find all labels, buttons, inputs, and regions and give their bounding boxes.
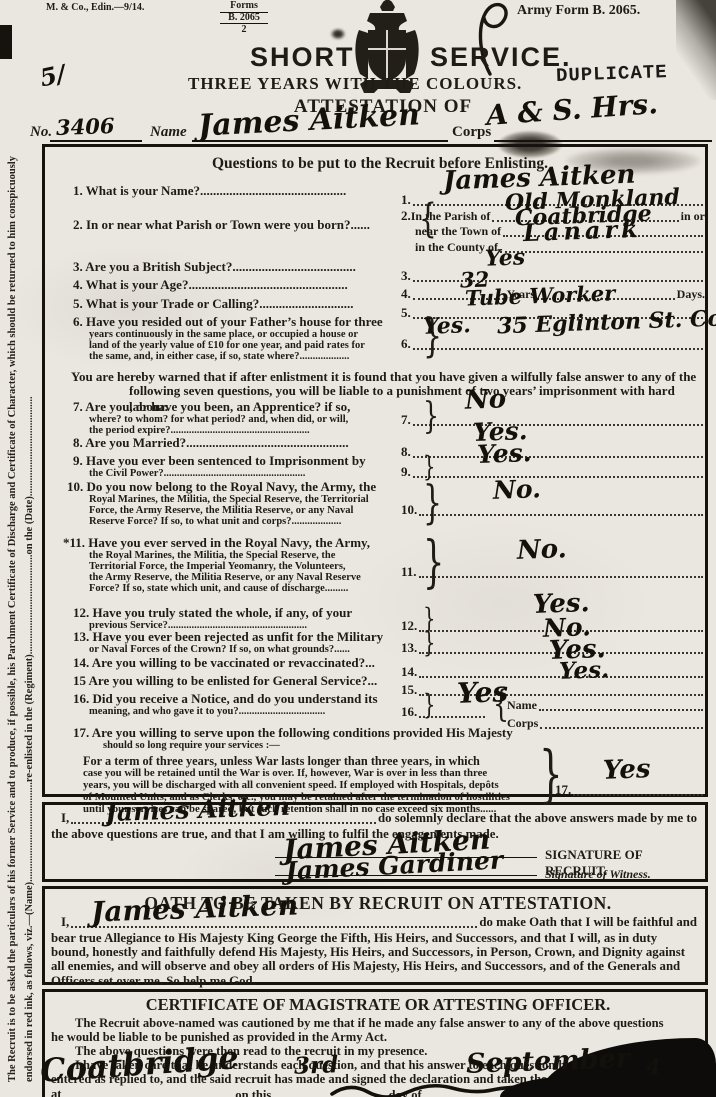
- answer-3: 3.: [401, 269, 705, 282]
- title-short: SHORT: [250, 42, 355, 73]
- question-3: 3. Are you a British Subject?...........…: [73, 261, 433, 274]
- answer-7: 7.: [401, 413, 705, 426]
- witness-signature-label: Signature of Witness.: [545, 867, 651, 882]
- handwritten-answer-9: Yes.: [477, 440, 532, 467]
- question-9: 9. Have you ever been sentenced to Impri…: [73, 455, 425, 479]
- forms-sub: 2: [212, 25, 276, 35]
- oath-body: bear true Allegiance to His Majesty King…: [51, 931, 703, 988]
- handwritten-answer-17: Yes: [603, 756, 651, 784]
- certificate-para1-line1: The Recruit above-named was cautioned by…: [75, 1016, 703, 1031]
- handwritten-oath-name: James Aitken: [91, 891, 299, 926]
- recruit-name: James Aitken: [197, 100, 420, 142]
- question-13-brace: }: [423, 629, 435, 657]
- printer-mark: M. & Co., Edin.—9/14.: [46, 2, 144, 13]
- question-6: 6. Have you resided out of your Father’s…: [73, 316, 425, 362]
- scan-dark-corner-top-right: [676, 0, 716, 100]
- answer-9: 9.: [401, 465, 705, 478]
- margin-note: The Recruit is to be asked the particula…: [4, 22, 38, 1082]
- forms-box: Forms B. 2065 2: [212, 1, 276, 35]
- name-label: Name: [150, 124, 187, 141]
- answer-11: 11.: [401, 565, 705, 578]
- handwritten-county: Lanark: [523, 217, 642, 245]
- question-5: 5. What is your Trade or Calling?.......…: [73, 298, 433, 311]
- handwritten-answer-10: No.: [493, 476, 542, 503]
- corps-value: A & S. Hrs.: [485, 90, 658, 130]
- question-11-brace: }: [423, 535, 444, 591]
- no-label: No.: [30, 124, 52, 141]
- forms-number: B. 2065: [220, 12, 268, 24]
- question-16-brace: }: [423, 691, 435, 719]
- question-1: 1. What is your Name?...................…: [73, 185, 433, 198]
- margin-note-line2: endorsed in red ink, as follows, viz.—(N…: [21, 22, 38, 1082]
- question-10: 10. Do you now belong to the Royal Navy,…: [67, 481, 425, 527]
- answer-15: 15.: [401, 683, 705, 696]
- corner-pen-mark: 5/: [38, 62, 68, 91]
- handwritten-answer-11: No.: [517, 536, 568, 564]
- questions-box: Questions to be put to the Recruit befor…: [42, 144, 708, 797]
- handwritten-declaration-name: James Aitken: [105, 794, 291, 825]
- title-service: SERVICE.: [430, 42, 572, 73]
- margin-note-line1: The Recruit is to be asked the particula…: [4, 22, 21, 1082]
- question-7: 7. Are you, or have you been, an Apprent…: [73, 401, 425, 436]
- scan-speck: [330, 28, 346, 40]
- question-16: 16. Did you receive a Notice, and do you…: [73, 693, 425, 717]
- answer-16-name-row: Name: [507, 699, 705, 711]
- question-10-brace: }: [423, 479, 442, 525]
- army-form-number: Army Form B. 2065.: [517, 3, 640, 19]
- handwritten-answer-15: Yes.: [559, 658, 610, 683]
- question-14: 14. Are you willing to be vaccinated or …: [73, 657, 433, 670]
- question-8: 8. Are you Married?.....................…: [73, 437, 433, 450]
- no-underline: [50, 140, 142, 142]
- handwritten-day: 3rd: [294, 1053, 339, 1078]
- answer-8: 8.: [401, 445, 705, 458]
- duplicate-stamp: DUPLICATE: [556, 61, 668, 87]
- answer-17: 17.: [555, 783, 705, 796]
- question-2-brace: {: [419, 199, 437, 239]
- service-number: 3406: [56, 115, 115, 138]
- answer-14: 14.: [401, 665, 705, 678]
- question-7-brace: }: [423, 399, 439, 435]
- question-12: 12. Have you truly stated the whole, if …: [73, 607, 425, 631]
- answer-10: 10.: [401, 503, 705, 516]
- handwritten-answer-16: Yes: [457, 678, 509, 708]
- handwritten-year-digit: 4: [646, 1056, 661, 1077]
- declaration-box: I, do solemnly declare that the above an…: [42, 802, 708, 882]
- subtitle-three-years: THREE YEARS WITH THE COLOURS.: [188, 74, 522, 94]
- question-4: 4. What is your Age?....................…: [73, 279, 433, 292]
- handwritten-address-6: 35 Eglinton St. Coat: [497, 307, 716, 338]
- question-13: 13. Have you ever been rejected as unfit…: [73, 631, 425, 655]
- certificate-para1-line2: he would be liable to be punished as pro…: [51, 1030, 701, 1045]
- oath-box: OATH TO BE TAKEN BY RECRUIT ON ATTESTATI…: [42, 886, 708, 985]
- question-17-brace: }: [539, 743, 563, 805]
- handwritten-trade: Tube Worker: [465, 282, 616, 308]
- forms-label: Forms: [212, 1, 276, 11]
- corps-underline: [494, 140, 712, 142]
- handwritten-answer-6: Yes.: [423, 314, 472, 338]
- question-11: *11. Have you ever served in the Royal N…: [63, 537, 425, 594]
- attestation-form-scan: The Recruit is to be asked the particula…: [0, 0, 716, 1097]
- question-2: 2. In or near what Parish or Town were y…: [73, 219, 413, 232]
- question-15: 15 Are you willing to be enlisted for Ge…: [73, 675, 433, 688]
- handwritten-month: September: [466, 1045, 631, 1078]
- corps-label: Corps: [452, 124, 491, 141]
- handwritten-answer-3: Yes: [485, 246, 526, 269]
- handwritten-answer-7: No: [465, 386, 507, 413]
- certificate-heading: CERTIFICATE OF MAGISTRATE OR ATTESTING O…: [105, 995, 651, 1015]
